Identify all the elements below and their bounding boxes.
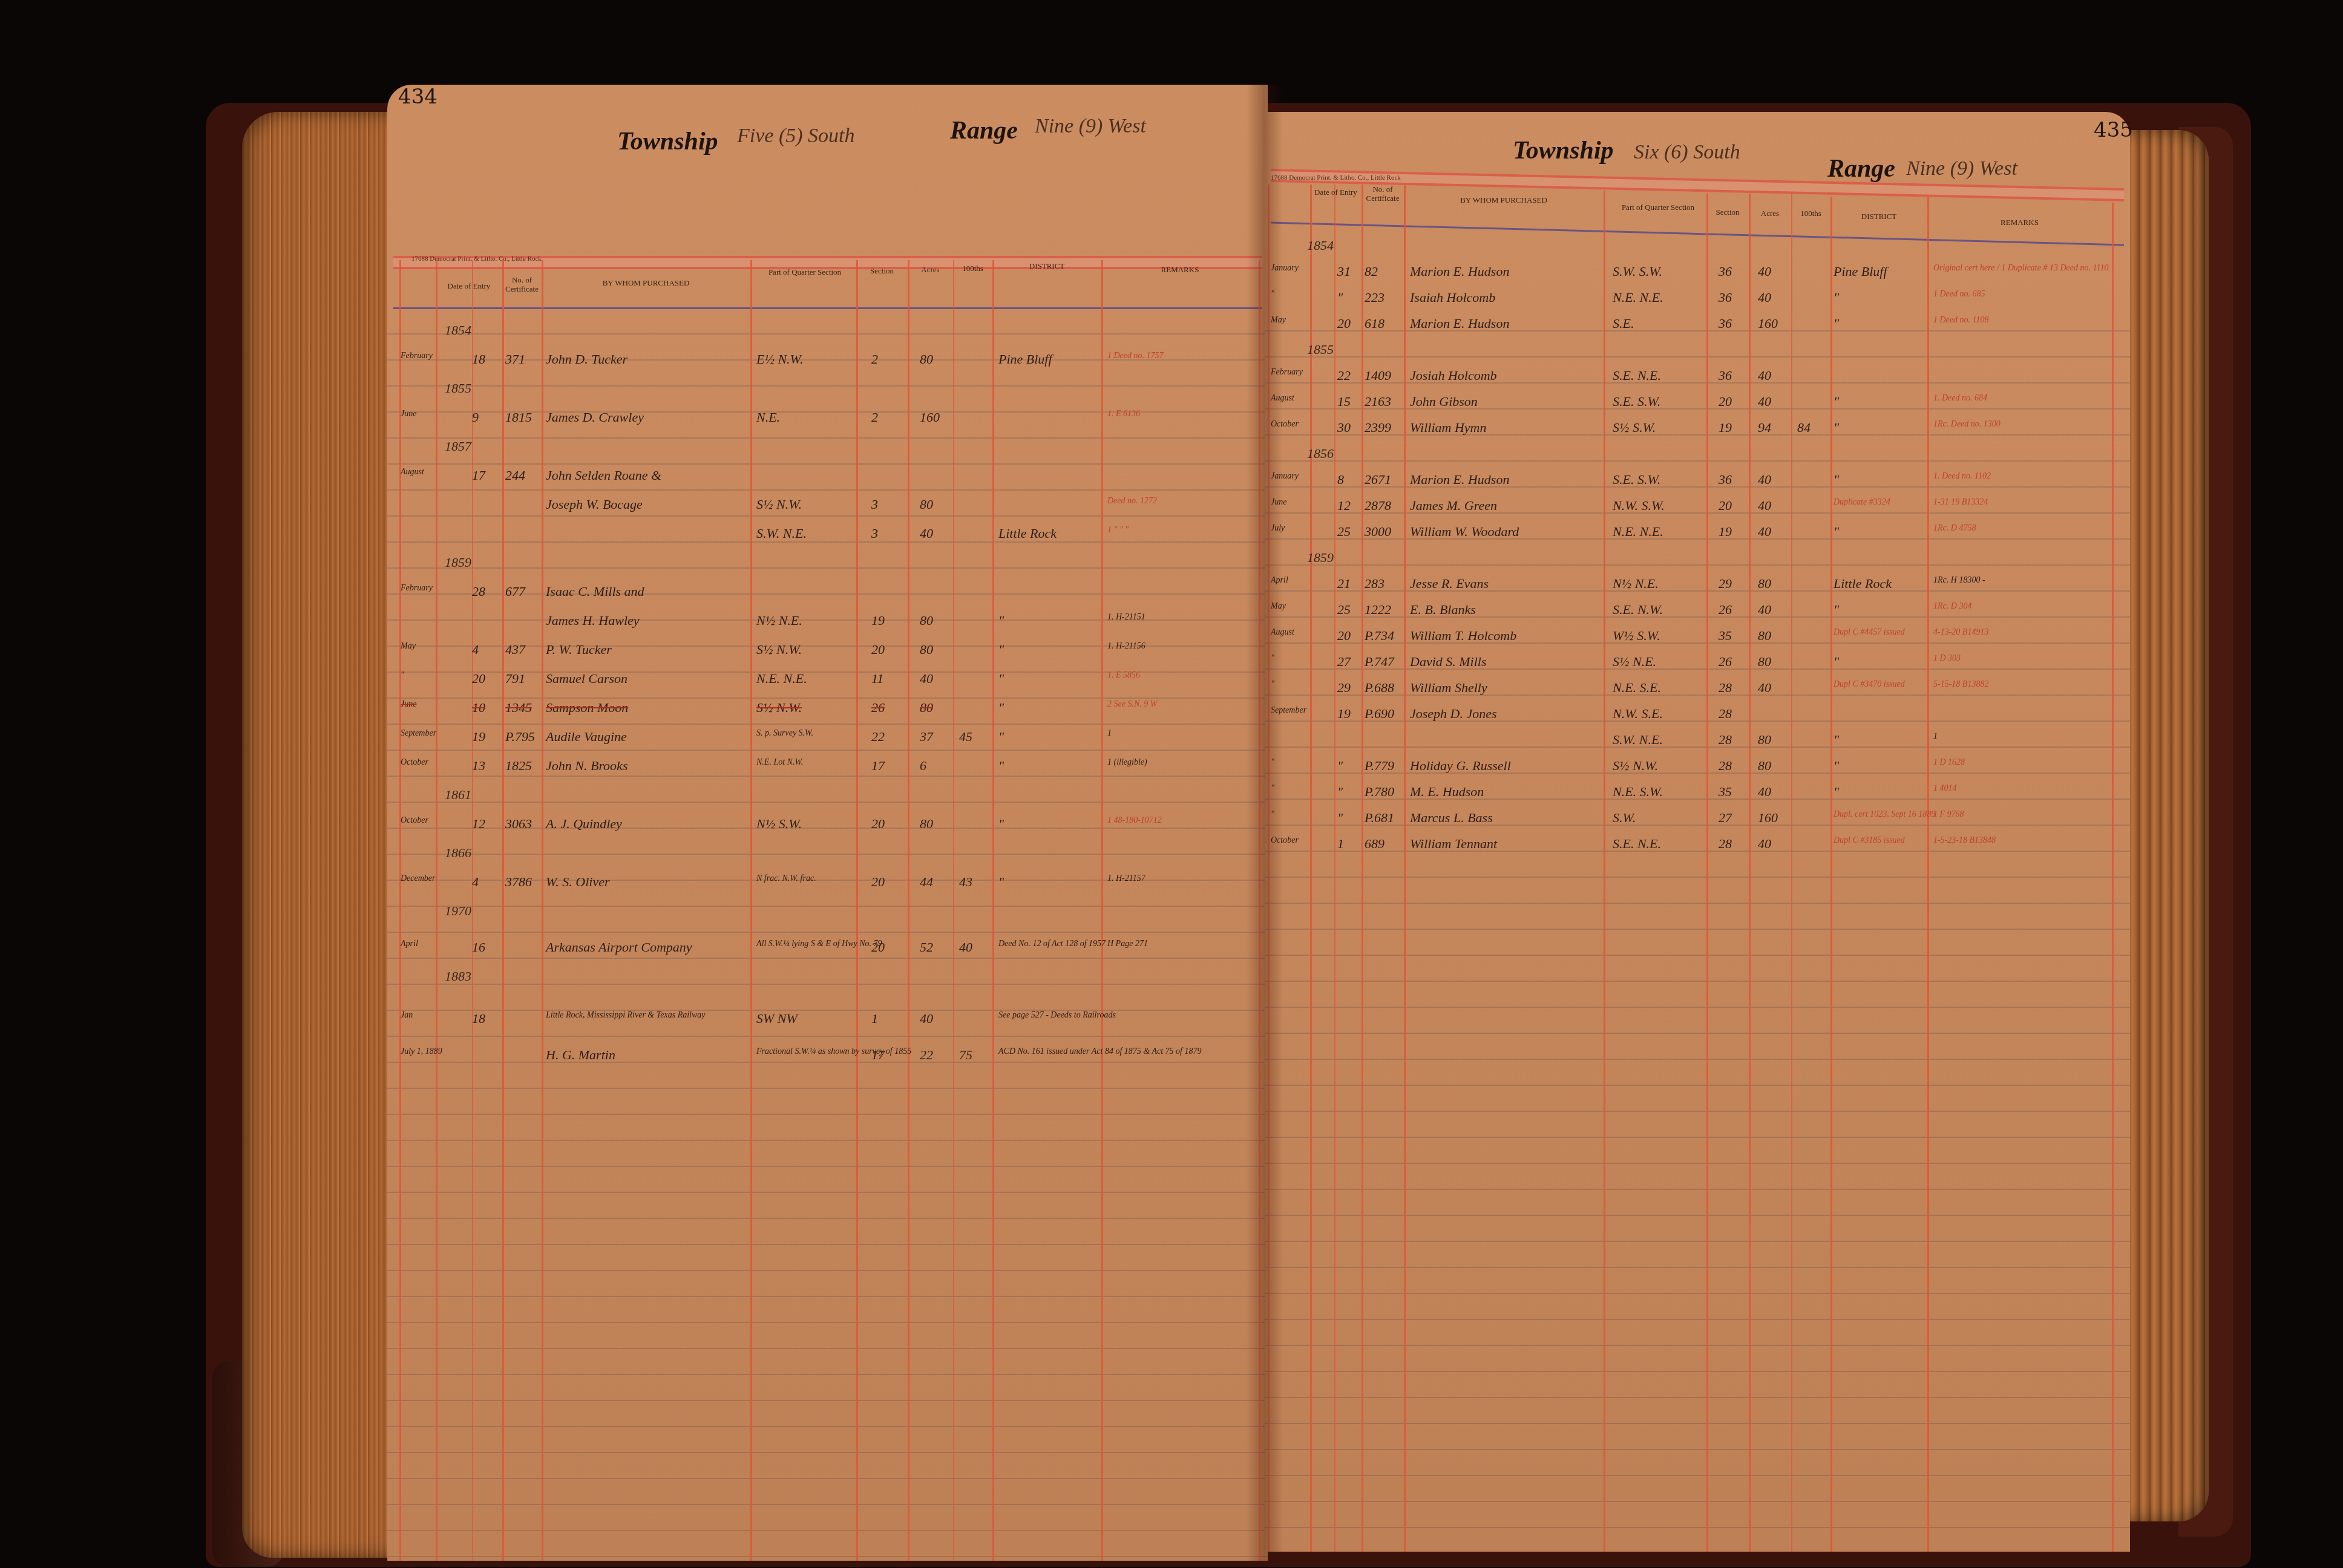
- year-row: 1861: [387, 782, 1268, 808]
- cell-cert: 677: [505, 584, 525, 599]
- cell-name: A. J. Quindley: [546, 816, 622, 832]
- cell-name: David S. Mills: [1410, 654, 1487, 670]
- cell-name: P. W. Tucker: [546, 642, 612, 658]
- cell-acres: 40: [1758, 524, 1771, 540]
- cell-part: N.E.: [756, 410, 780, 425]
- ledger-entry-row: October1689William TennantS.E. N.E.2840D…: [1265, 831, 2130, 857]
- cell-day: 25: [1337, 524, 1351, 540]
- cell-day: ": [1337, 810, 1343, 826]
- cell-name: E. B. Blanks: [1410, 602, 1476, 618]
- cell-cert: 82: [1365, 264, 1378, 279]
- col-part-of-quarter-section: Part of Quarter Section: [762, 267, 847, 276]
- cell-remarks: 1. H-21157: [1107, 874, 1145, 884]
- cell-cert: 1825: [505, 758, 532, 774]
- cell-acres: 160: [920, 410, 940, 425]
- ledger-entry-row: December43786W. S. OliverN frac. N.W. fr…: [387, 869, 1268, 895]
- cell-day: 15: [1337, 394, 1351, 410]
- cell-name: William T. Holcomb: [1410, 628, 1516, 644]
- col-certificate-no: No. of Certificate: [1362, 185, 1404, 203]
- cell-name: John N. Brooks: [546, 758, 628, 774]
- cell-name: Arkansas Airport Company: [546, 939, 692, 955]
- cell-month: October: [401, 816, 428, 826]
- cell-acres: 40: [1758, 472, 1771, 488]
- cell-name: Samuel Carson: [546, 671, 628, 687]
- cell-hundredths: 45: [959, 729, 972, 745]
- cell-section: 28: [1719, 732, 1732, 748]
- township-label: Township: [617, 127, 718, 156]
- cell-acres: 80: [1758, 758, 1771, 774]
- cell-part: S. p. Survey S.W.: [756, 729, 813, 739]
- col-hundredths: 100ths: [1791, 209, 1830, 218]
- right-page-block-edges: [2118, 130, 2209, 1521]
- year-row: 1855: [387, 376, 1268, 401]
- cell-name: M. E. Hudson: [1410, 784, 1484, 800]
- cell-section: 3: [871, 497, 878, 512]
- cell-year: 1856: [1307, 446, 1334, 462]
- col-date-of-entry: Date of Entry: [436, 281, 502, 290]
- cell-section: 20: [871, 939, 885, 955]
- cell-part: N.E. S.W.: [1613, 784, 1663, 800]
- cell-name: William Hymn: [1410, 420, 1487, 436]
- cell-acres: 40: [920, 526, 933, 541]
- cell-remarks: 1 (illegible): [1107, 758, 1147, 768]
- cell-part: N½ N.E.: [756, 613, 802, 629]
- cell-section: 17: [871, 1047, 885, 1063]
- cell-day: 10: [472, 700, 485, 716]
- cell-day: ": [1337, 784, 1343, 800]
- cell-part: S.E. N.E.: [1613, 368, 1661, 384]
- cell-section: 36: [1719, 368, 1732, 384]
- cell-day: 12: [472, 816, 485, 832]
- printer-imprint: 17688 Democrat Print. & Litho. Co., Litt…: [411, 255, 542, 263]
- cell-section: 35: [1719, 784, 1732, 800]
- cell-cert: 2671: [1365, 472, 1391, 488]
- cell-name: Sampson Moon: [546, 700, 628, 716]
- cell-acres: 52: [920, 939, 933, 955]
- cell-district: ": [1833, 472, 1839, 488]
- col-remarks: REMARKS: [1927, 218, 2112, 227]
- ledger-entry-row: July253000William W. WoodardN.E. N.E.194…: [1265, 519, 2130, 544]
- cell-acres: 44: [920, 874, 933, 890]
- cell-day: 31: [1337, 264, 1351, 279]
- cell-remarks: 1 Deed no. 685: [1933, 290, 1985, 299]
- cell-district: ": [998, 613, 1004, 629]
- cell-remarks: 1 48-180-10712: [1107, 816, 1162, 826]
- cell-part: SW NW: [756, 1011, 798, 1027]
- cell-district: ": [1833, 602, 1839, 618]
- ledger-entry-row: April21283Jesse R. EvansN½ N.E.2980Littl…: [1265, 571, 2130, 596]
- cell-cert: 1222: [1365, 602, 1391, 618]
- cell-name: Josiah Holcomb: [1410, 368, 1497, 384]
- cell-district: ": [1833, 654, 1839, 670]
- cell-day: 19: [1337, 706, 1351, 722]
- cell-district: ": [1833, 732, 1839, 748]
- ledger-entry-row: October302399William HymnS½ S.W.199484"1…: [1265, 415, 2130, 440]
- cell-remarks: 1-5-23-18 B13848: [1933, 836, 1996, 846]
- year-row: 1854: [387, 318, 1268, 343]
- cell-remarks: 4-13-20 B14913: [1933, 628, 1988, 638]
- cell-name: Jesse R. Evans: [1410, 576, 1489, 592]
- ledger-entry-row: June91815James D. CrawleyN.E.21601. E 61…: [387, 405, 1268, 430]
- cell-day: 30: [1337, 420, 1351, 436]
- cell-section: 20: [871, 874, 885, 890]
- cell-district: Dupl C #4457 issued: [1833, 628, 1905, 638]
- cell-year: 1859: [445, 555, 471, 570]
- cell-day: 19: [472, 729, 485, 745]
- cell-acres: 40: [1758, 394, 1771, 410]
- cell-remarks: Original cert here / 1 Duplicate # 13 De…: [1933, 264, 2108, 273]
- cell-cert: 3000: [1365, 524, 1391, 540]
- cell-day: 16: [472, 939, 485, 955]
- cell-acres: 40: [1758, 368, 1771, 384]
- cell-cert: 618: [1365, 316, 1384, 332]
- cell-acres: 160: [1758, 316, 1778, 332]
- cell-year: 1859: [1307, 550, 1334, 566]
- cell-year: 1855: [1307, 342, 1334, 358]
- ledger-entry-row: Joseph W. BocageS½ N.W.380Deed no. 1272: [387, 492, 1268, 517]
- cell-remarks: 2 See S.N. 9 W: [1107, 700, 1157, 710]
- cell-district: Little Rock: [998, 526, 1057, 541]
- cell-part: E½ N.W.: [756, 351, 803, 367]
- col-acres: Acres: [908, 265, 953, 274]
- cell-section: 36: [1719, 264, 1732, 279]
- cell-part: S.W. S.W.: [1613, 264, 1662, 279]
- cell-section: 3: [871, 526, 878, 541]
- cell-day: ": [1337, 758, 1343, 774]
- cell-year: 1857: [445, 439, 471, 454]
- cell-remarks: 1. Deed no. 1102: [1933, 472, 1991, 482]
- ledger-entry-row: January3182Marion E. HudsonS.W. S.W.3640…: [1265, 259, 2130, 284]
- cell-remarks: 1 D 1628: [1933, 758, 1965, 768]
- cell-name: John Selden Roane &: [546, 468, 661, 483]
- cell-remarks: 1Rc. Deed no. 1300: [1933, 420, 2001, 430]
- cell-section: 11: [871, 671, 883, 687]
- cell-part: S.E. S.W.: [1613, 394, 1660, 410]
- year-row: 1854: [1265, 233, 2130, 258]
- cell-day: 28: [472, 584, 485, 599]
- cell-part: S½ N.W.: [756, 497, 802, 512]
- cell-part: N.W. S.E.: [1613, 706, 1663, 722]
- cell-month: ": [401, 671, 404, 681]
- cell-month: July 1, 1889: [401, 1047, 442, 1057]
- range-label: Range: [1827, 154, 1895, 183]
- cell-cert: P.780: [1365, 784, 1394, 800]
- cell-section: 20: [871, 816, 885, 832]
- range-value: Nine (9) West: [1906, 157, 2017, 180]
- cell-cert: 2163: [1365, 394, 1391, 410]
- cell-section: 26: [871, 700, 885, 716]
- cell-acres: 160: [1758, 810, 1778, 826]
- cell-part: S.E. N.E.: [1613, 836, 1661, 852]
- cell-acres: 80: [920, 497, 933, 512]
- cell-cert: 1409: [1365, 368, 1391, 384]
- cell-remarks: 1. H-21156: [1107, 642, 1145, 652]
- cell-section: 20: [871, 642, 885, 658]
- cell-section: 2: [871, 410, 878, 425]
- cell-cert: 1815: [505, 410, 532, 425]
- township-value: Five (5) South: [737, 125, 855, 148]
- left-page: 434 Township Five (5) South Range Nine (…: [387, 85, 1268, 1561]
- ledger-entry-row: James H. HawleyN½ N.E.1980"1. H-21151: [387, 608, 1268, 633]
- cell-district: ": [998, 642, 1004, 658]
- cell-part: N.E. N.E.: [1613, 290, 1663, 305]
- ledger-entry-row: S.W. N.E.340Little Rock1 " " ": [387, 521, 1268, 546]
- cell-part: Fractional S.W.¼ as shown by survey of 1…: [756, 1047, 911, 1057]
- ledger-entry-row: June122878James M. GreenN.W. S.W.2040Dup…: [1265, 493, 2130, 518]
- cell-section: 28: [1719, 706, 1732, 722]
- cell-remarks: 1. E 5856: [1107, 671, 1140, 681]
- cell-month: May: [401, 642, 416, 652]
- cell-section: 27: [1719, 810, 1732, 826]
- cell-day: 20: [472, 671, 485, 687]
- cell-name: James M. Green: [1410, 498, 1497, 514]
- cell-remarks: 1. E 6136: [1107, 410, 1140, 419]
- cell-remarks: Deed no. 1272: [1107, 497, 1157, 506]
- cell-district: ": [1833, 784, 1839, 800]
- cell-cert: 2878: [1365, 498, 1391, 514]
- cell-district: ": [1833, 524, 1839, 540]
- ledger-entry-row: ""P.779Holiday G. RussellS½ N.W.2880"1 D…: [1265, 753, 2130, 779]
- cell-name: Holiday G. Russell: [1410, 758, 1511, 774]
- cell-part: S.E. S.W.: [1613, 472, 1660, 488]
- cell-acres: 80: [920, 613, 933, 629]
- right-page: 435 Township Six (6) South Range Nine (9…: [1265, 112, 2130, 1552]
- col-acres: Acres: [1749, 209, 1791, 218]
- cell-acres: 40: [1758, 264, 1771, 279]
- page-number: 434: [398, 85, 437, 109]
- cell-remarks: 1. H-21151: [1107, 613, 1145, 622]
- cell-section: 29: [1719, 576, 1732, 592]
- cell-remarks: 1 4014: [1933, 784, 1957, 794]
- cell-part: S.W. N.E.: [1613, 732, 1663, 748]
- cell-month: February: [401, 584, 433, 593]
- cell-acres: 80: [920, 351, 933, 367]
- cell-cert: 371: [505, 351, 525, 367]
- cell-name: James D. Crawley: [546, 410, 644, 425]
- cell-section: 2: [871, 351, 878, 367]
- cell-part: N frac. N.W. frac.: [756, 874, 816, 884]
- township-value: Six (6) South: [1634, 141, 1740, 164]
- cell-cert: 244: [505, 468, 525, 483]
- ledger-entry-row: July 1, 1889H. G. MartinFractional S.W.¼…: [387, 1042, 1268, 1068]
- cell-name: Joseph W. Bocage: [546, 497, 643, 512]
- cell-day: 13: [472, 758, 485, 774]
- cell-cert: 437: [505, 642, 525, 658]
- cell-acres: 37: [920, 729, 933, 745]
- cell-district: ": [998, 700, 1004, 716]
- cell-acres: 40: [1758, 290, 1771, 305]
- cell-cert: P.734: [1365, 628, 1394, 644]
- year-row: 1859: [387, 550, 1268, 575]
- cell-month: June: [401, 700, 416, 710]
- cell-name: H. G. Martin: [546, 1047, 615, 1063]
- cell-section: 19: [871, 613, 885, 629]
- cell-district: ": [998, 874, 1004, 890]
- col-remarks: REMARKS: [1101, 265, 1259, 274]
- cell-district: Pine Bluff: [1833, 264, 1887, 279]
- cell-cert: P.688: [1365, 680, 1394, 696]
- cell-remarks: 1 Deed no. 1108: [1933, 316, 1989, 325]
- ledger-entry-row: "27P.747David S. MillsS½ N.E.2680"1 D 30…: [1265, 649, 2130, 675]
- ledger-entry-row: August152163John GibsonS.E. S.W.2040"1. …: [1265, 389, 2130, 414]
- ledger-entry-row: February221409Josiah HolcombS.E. N.E.364…: [1265, 363, 2130, 388]
- cell-district: Little Rock: [1833, 576, 1892, 592]
- cell-cert: P.747: [1365, 654, 1394, 670]
- cell-day: 8: [1337, 472, 1344, 488]
- header-rule: [393, 307, 1262, 309]
- col-section: Section: [1706, 207, 1749, 217]
- cell-acres: 80: [1758, 654, 1771, 670]
- cell-remarks: H Page 271: [1107, 939, 1148, 949]
- cell-part: N.E. N.E.: [756, 671, 807, 687]
- cell-name: William Shelly: [1410, 680, 1487, 696]
- cell-day: 18: [472, 1011, 485, 1027]
- ledger-entry-row: February18371John D. TuckerE½ N.W.280Pin…: [387, 347, 1268, 372]
- cell-part: S.E.: [1613, 316, 1634, 332]
- cell-district: ": [1833, 394, 1839, 410]
- cell-remarks: 1 D 303: [1933, 654, 1961, 664]
- cell-remarks: 1 " " ": [1107, 526, 1129, 535]
- cell-remarks: 1: [1107, 729, 1112, 739]
- cell-part: N½ S.W.: [756, 816, 802, 832]
- ledger-entry-row: "29P.688William ShellyN.E. S.E.2840Dupl …: [1265, 675, 2130, 701]
- cell-part: S½ N.W.: [756, 700, 802, 716]
- cell-section: 35: [1719, 628, 1732, 644]
- cell-cert: 689: [1365, 836, 1384, 852]
- cell-section: 17: [871, 758, 885, 774]
- cell-district: ": [998, 729, 1004, 745]
- ledger-entry-row: April16Arkansas Airport CompanyAll S.W.¼…: [387, 935, 1268, 960]
- cell-section: 22: [871, 729, 885, 745]
- cell-year: 1970: [445, 903, 471, 919]
- page-number: 435: [2094, 118, 2133, 142]
- ledger-entry-row: June101345Sampson MoonS½ N.W.2680"2 See …: [387, 695, 1268, 720]
- ledger-entry-row: S.W. N.E.2880"1: [1265, 727, 2130, 753]
- cell-section: 28: [1719, 836, 1732, 852]
- cell-part: W½ S.W.: [1613, 628, 1660, 644]
- cell-acres: 80: [920, 816, 933, 832]
- cell-part: N½ N.E.: [1613, 576, 1659, 592]
- book-gutter: [1247, 85, 1283, 1561]
- year-row: 1855: [1265, 337, 2130, 362]
- cell-section: 20: [1719, 498, 1732, 514]
- cell-acres: 40: [1758, 498, 1771, 514]
- cell-district: ": [1833, 758, 1839, 774]
- ledger-entry-row: Jan18Little Rock, Mississippi River & Te…: [387, 1006, 1268, 1031]
- cell-part: S.E. N.W.: [1613, 602, 1663, 618]
- cell-day: 4: [472, 874, 479, 890]
- cell-acres: 40: [920, 671, 933, 687]
- cell-section: 28: [1719, 680, 1732, 696]
- cell-district: Dupl. cert 1023, Sept 16 1889: [1833, 810, 1935, 820]
- cell-part: All S.W.¼ lying S & E of Hwy No. 79: [756, 939, 882, 949]
- col-section: Section: [856, 266, 908, 275]
- ledger-entry-row: May251222E. B. BlanksS.E. N.W.2640"1Rc. …: [1265, 597, 2130, 622]
- cell-day: 18: [472, 351, 485, 367]
- cell-remarks: 1Rc. D 304: [1933, 602, 1971, 612]
- cell-remarks: 1 Deed no. 1757: [1107, 351, 1164, 361]
- cell-name: Isaiah Holcomb: [1410, 290, 1495, 305]
- range-value: Nine (9) West: [1035, 115, 1146, 138]
- cell-name: Marcus L. Bass: [1410, 810, 1493, 826]
- col-hundredths: 100ths: [953, 264, 992, 273]
- cell-remarks: 1Rc. H 18300 -: [1933, 576, 1985, 586]
- cell-section: 36: [1719, 316, 1732, 332]
- cell-month: April: [401, 939, 418, 949]
- cell-district: ACD No. 161 issued under Act 84 of 1875 …: [998, 1047, 1201, 1057]
- cell-section: 19: [1719, 524, 1732, 540]
- col-date-of-entry: Date of Entry: [1310, 188, 1362, 197]
- cell-section: 1: [871, 1011, 878, 1027]
- cell-remarks: 1. Deed no. 684: [1933, 394, 1987, 403]
- cell-year: 1866: [445, 845, 471, 861]
- cell-day: 27: [1337, 654, 1351, 670]
- cell-cert: 3063: [505, 816, 532, 832]
- cell-cert: 2399: [1365, 420, 1391, 436]
- cell-hundredths: 43: [959, 874, 972, 890]
- cell-day: 20: [1337, 628, 1351, 644]
- cell-day: 25: [1337, 602, 1351, 618]
- cell-district: ": [998, 758, 1004, 774]
- cell-district: ": [998, 816, 1004, 832]
- cell-year: 1854: [1307, 238, 1334, 253]
- col-by-whom-purchased: BY WHOM PURCHASED: [542, 278, 750, 287]
- cell-district: See page 527 - Deeds to Railroads: [998, 1011, 1116, 1021]
- left-page-block-edges: [242, 112, 393, 1558]
- cell-hundredths: 75: [959, 1047, 972, 1063]
- year-row: 1866: [387, 840, 1268, 866]
- cell-acres: 40: [1758, 680, 1771, 696]
- cell-name: Isaac C. Mills and: [546, 584, 644, 599]
- cell-year: 1883: [445, 969, 471, 984]
- ledger-entry-row: September19P.795Audile VaugineS. p. Surv…: [387, 724, 1268, 750]
- cell-name: Little Rock, Mississippi River & Texas R…: [546, 1011, 706, 1021]
- year-row: 1883: [387, 964, 1268, 989]
- cell-part: S½ N.W.: [756, 642, 802, 658]
- cell-part: S½ S.W.: [1613, 420, 1656, 436]
- cell-district: ": [1833, 290, 1839, 305]
- ledger-entry-row: ""P.780M. E. HudsonN.E. S.W.3540"1 4014: [1265, 779, 2130, 805]
- ledger-entry-row: February28677Isaac C. Mills and: [387, 579, 1268, 604]
- col-district: DISTRICT: [992, 261, 1101, 270]
- cell-hundredths: 84: [1797, 420, 1810, 436]
- ruled-lines: [1265, 305, 2130, 1552]
- ledger-entry-row: May20618Marion E. HudsonS.E.36160"1 Deed…: [1265, 311, 2130, 336]
- cell-name: Joseph D. Jones: [1410, 706, 1497, 722]
- ledger-entry-row: "20791Samuel CarsonN.E. N.E.1140"1. E 58…: [387, 666, 1268, 691]
- range-label: Range: [950, 116, 1018, 145]
- cell-acres: 94: [1758, 420, 1771, 436]
- cell-name: William W. Woodard: [1410, 524, 1519, 540]
- year-row: 1856: [1265, 441, 2130, 466]
- ledger-entry-row: May4437P. W. TuckerS½ N.W.2080"1. H-2115…: [387, 637, 1268, 662]
- township-label: Township: [1513, 136, 1614, 165]
- cell-day: ": [1337, 290, 1343, 305]
- cell-cert: P.690: [1365, 706, 1394, 722]
- cell-acres: 80: [1758, 732, 1771, 748]
- cell-remarks: 1Rc. D 4758: [1933, 524, 1976, 534]
- col-certificate-no: No. of Certificate: [502, 275, 542, 293]
- cell-day: 29: [1337, 680, 1351, 696]
- cell-name: John Gibson: [1410, 394, 1478, 410]
- cell-cert: P.779: [1365, 758, 1394, 774]
- cell-district: Dupl C #3185 issued: [1833, 836, 1905, 846]
- cell-month: August: [401, 468, 424, 477]
- cell-name: W. S. Oliver: [546, 874, 610, 890]
- cell-district: Pine Bluff: [998, 351, 1052, 367]
- cell-year: 1855: [445, 381, 471, 396]
- cell-name: William Tennant: [1410, 836, 1497, 852]
